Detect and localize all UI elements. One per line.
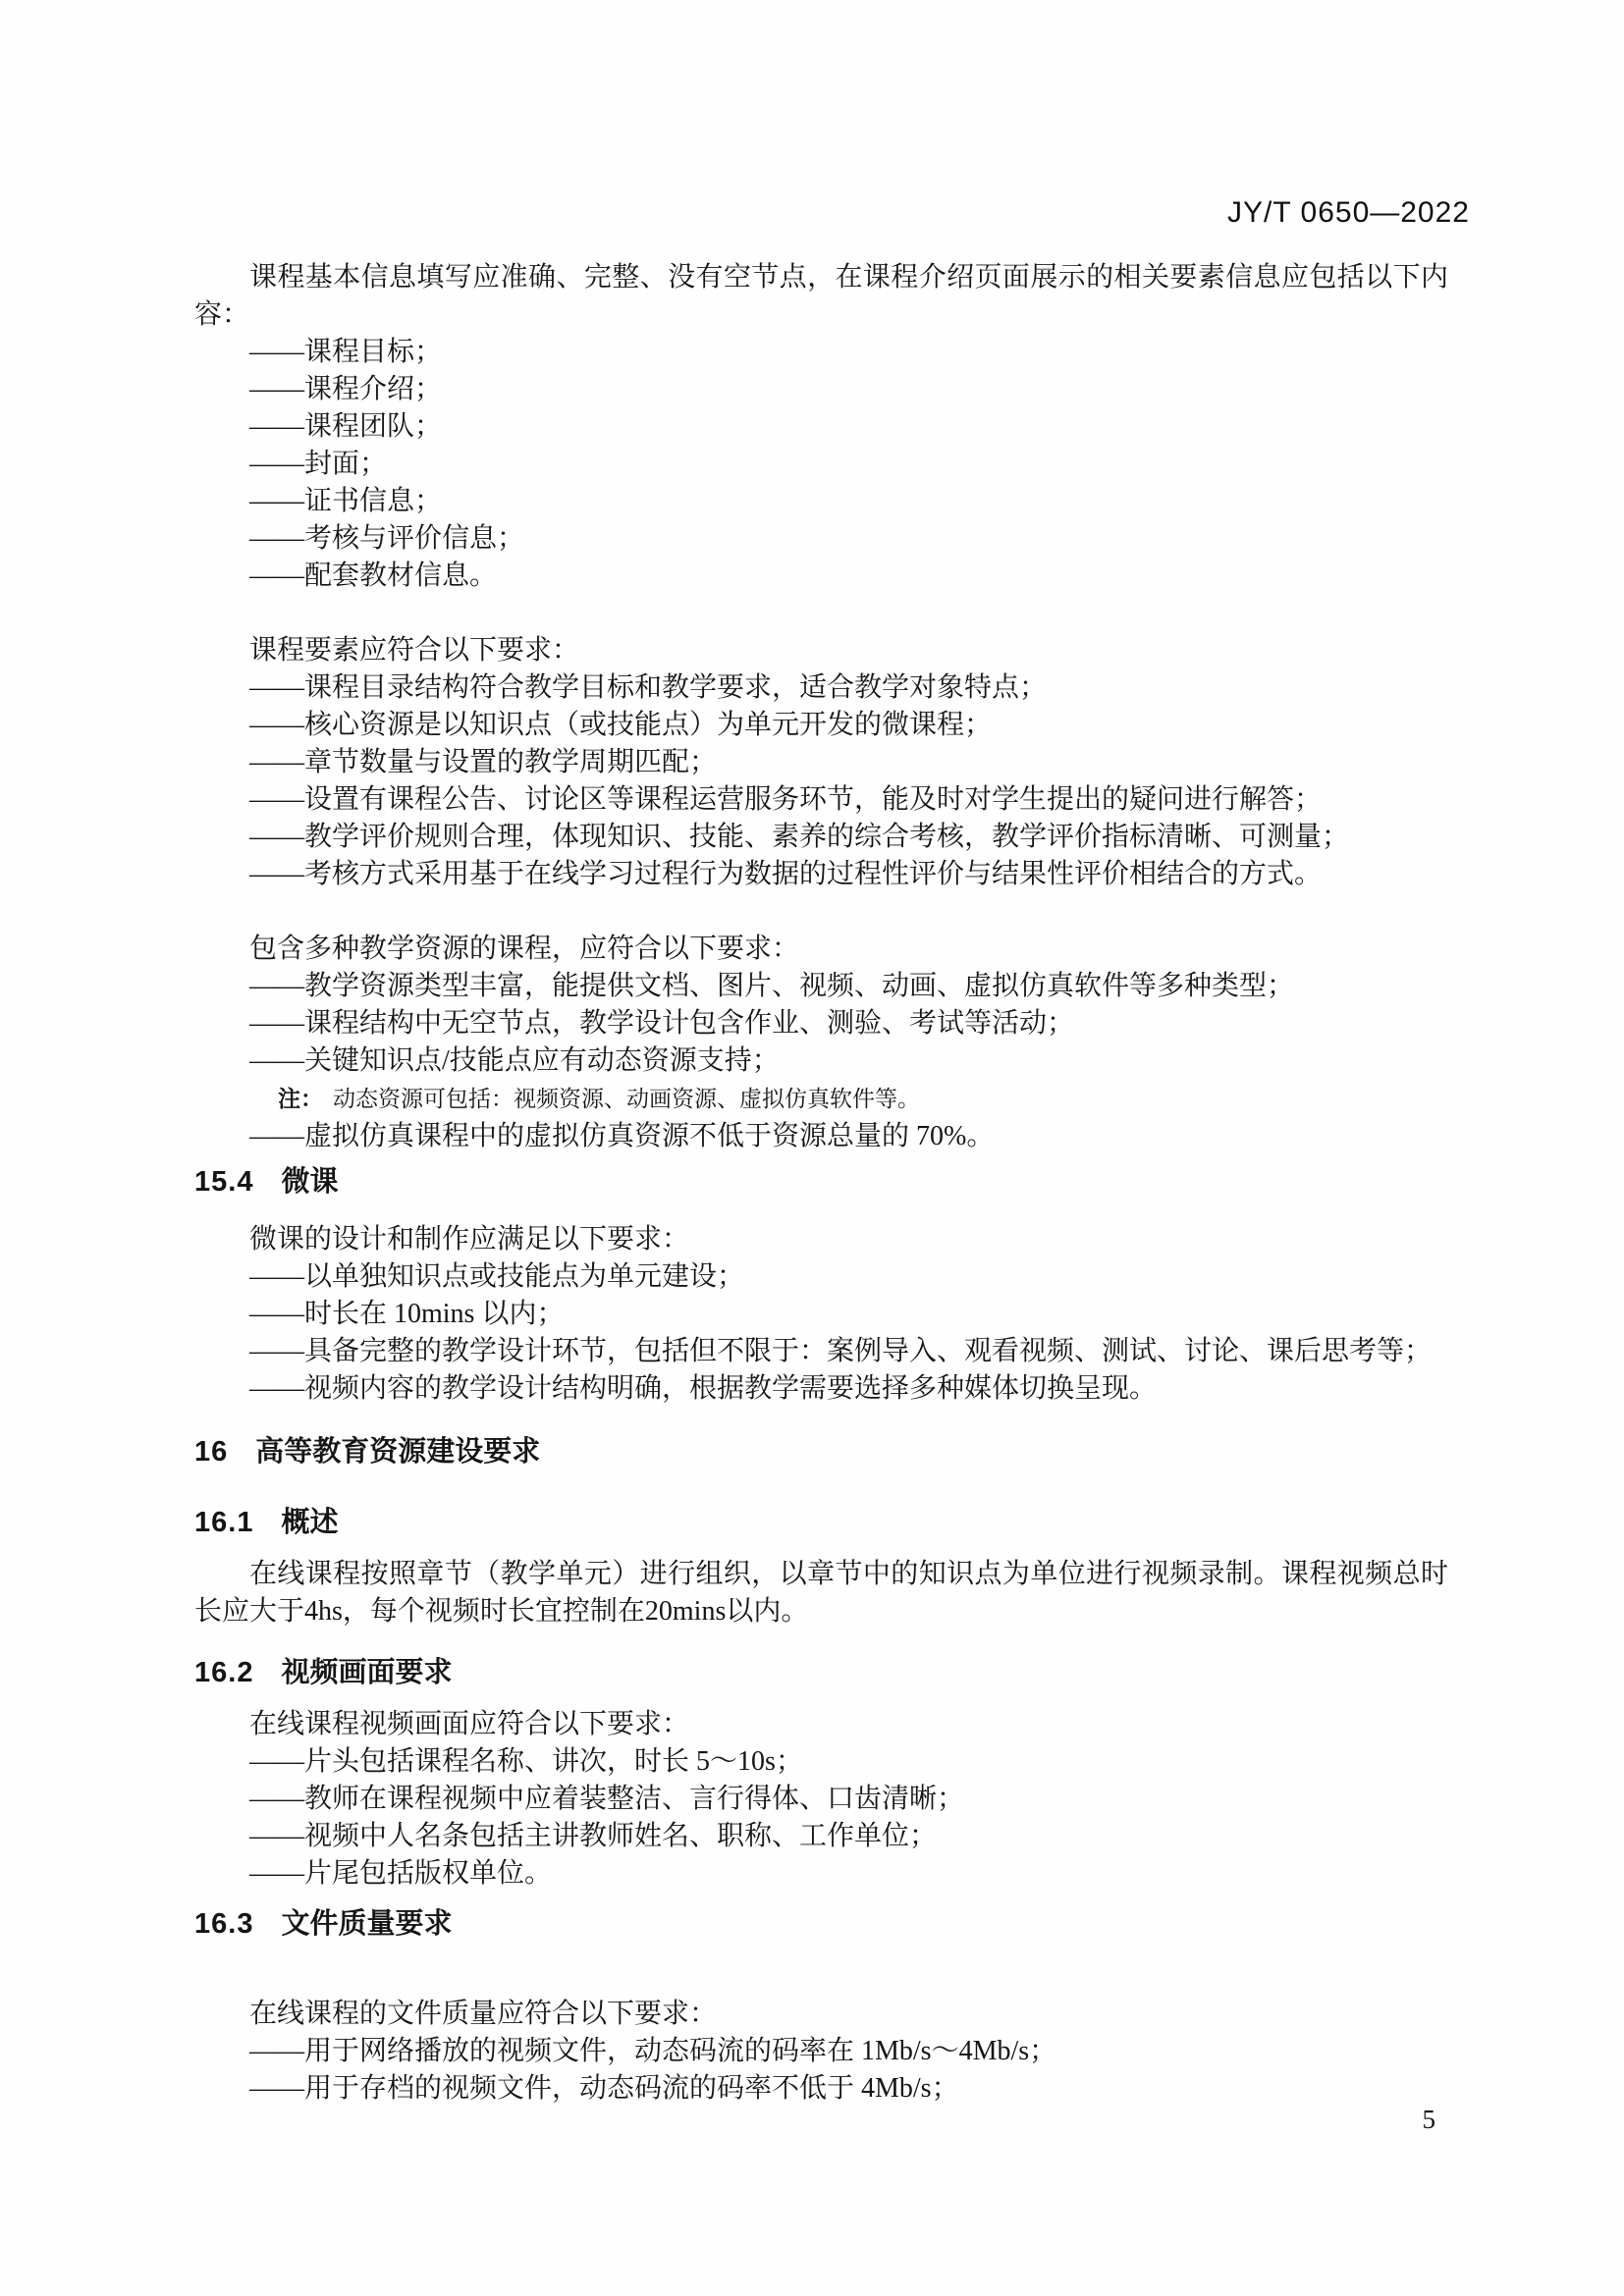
list-item: ——具备完整的教学设计环节，包括但不限于：案例导入、观看视频、测试、讨论、课后思…	[194, 1333, 1448, 1370]
list-item: ——教师在课程视频中应着装整洁、言行得体、口齿清晰；	[194, 1781, 1448, 1818]
list-item: ——设置有课程公告、讨论区等课程运营服务环节，能及时对学生提出的疑问进行解答；	[194, 781, 1448, 819]
section-number: 16.2	[194, 1657, 253, 1688]
section-heading-16-3: 16.3文件质量要求	[194, 1905, 1448, 1943]
document-page: JY/T 0650—2022 课程基本信息填写应准确、完整、没有空节点，在课程介…	[0, 0, 1624, 2296]
paragraph-file-quality: 在线课程的文件质量应符合以下要求：	[194, 1996, 1448, 2033]
list-micro-course: ——以单独知识点或技能点为单元建设； ——时长在 10mins 以内； ——具备…	[194, 1258, 1448, 1408]
section-title: 高等教育资源建设要求	[255, 1436, 540, 1468]
page-number: 5	[1423, 2101, 1436, 2138]
list-item: ——配套教材信息。	[194, 558, 1448, 595]
list-course-info: ——课程目标； ——课程介绍； ——课程团队； ——封面； ——证书信息； ——…	[194, 334, 1448, 595]
list-item: ——课程结构中无空节点，教学设计包含作业、测验、考试等活动；	[194, 1005, 1448, 1042]
list-item: ——课程目录结构符合教学目标和教学要求，适合教学对象特点；	[194, 669, 1448, 707]
list-file-quality: ——用于网络播放的视频文件，动态码流的码率在 1Mb/s～4Mb/s； ——用于…	[194, 2033, 1448, 2108]
list-item: ——用于网络播放的视频文件，动态码流的码率在 1Mb/s～4Mb/s；	[194, 2033, 1448, 2070]
list-item: ——课程介绍；	[194, 371, 1448, 408]
list-item: ——教学评价规则合理，体现知识、技能、素养的综合考核，教学评价指标清晰、可测量；	[194, 819, 1448, 856]
document-content: 课程基本信息填写应准确、完整、没有空节点，在课程介绍页面展示的相关要素信息应包括…	[194, 0, 1448, 2108]
list-item: ——以单独知识点或技能点为单元建设；	[194, 1258, 1448, 1296]
section-heading-15-4: 15.4微课	[194, 1163, 1448, 1201]
list-item: ——教学资源类型丰富，能提供文档、图片、视频、动画、虚拟仿真软件等多种类型；	[194, 968, 1448, 1005]
list-item: ——证书信息；	[194, 483, 1448, 520]
list-item: ——核心资源是以知识点（或技能点）为单元开发的微课程；	[194, 707, 1448, 744]
section-title: 文件质量要求	[281, 1908, 452, 1940]
section-title: 视频画面要求	[281, 1657, 452, 1688]
section-heading-16-2: 16.2视频画面要求	[194, 1654, 1448, 1691]
paragraph-overview: 在线课程按照章节（教学单元）进行组织，以章节中的知识点为单位进行视频录制。课程视…	[194, 1556, 1448, 1630]
list-item: ——课程团队；	[194, 408, 1448, 446]
list-item: ——时长在 10mins 以内；	[194, 1296, 1448, 1333]
paragraph-micro-course: 微课的设计和制作应满足以下要求：	[194, 1221, 1448, 1258]
list-multi-resources: ——教学资源类型丰富，能提供文档、图片、视频、动画、虚拟仿真软件等多种类型； —…	[194, 968, 1448, 1155]
note-label: 注：	[278, 1086, 323, 1111]
list-item: ——考核方式采用基于在线学习过程行为数据的过程性评价与结果性评价相结合的方式。	[194, 856, 1448, 893]
section-number: 16.1	[194, 1507, 253, 1538]
section-title: 概述	[281, 1507, 338, 1538]
list-video-frame: ——片头包括课程名称、讲次，时长 5～10s； ——教师在课程视频中应着装整洁、…	[194, 1743, 1448, 1893]
section-heading-16-1: 16.1概述	[194, 1504, 1448, 1541]
section-number: 16	[194, 1436, 228, 1468]
paragraph-multi-resources: 包含多种教学资源的课程，应符合以下要求：	[194, 931, 1448, 968]
list-course-elements: ——课程目录结构符合教学目标和教学要求，适合教学对象特点； ——核心资源是以知识…	[194, 669, 1448, 893]
list-item: ——封面；	[194, 446, 1448, 483]
note-text: 动态资源可包括：视频资源、动画资源、虚拟仿真软件等。	[333, 1087, 920, 1111]
list-item: ——虚拟仿真课程中的虚拟仿真资源不低于资源总量的 70%。	[194, 1118, 1448, 1155]
list-item: ——考核与评价信息；	[194, 520, 1448, 558]
list-item: ——课程目标；	[194, 334, 1448, 371]
paragraph-video-frame: 在线课程视频画面应符合以下要求：	[194, 1706, 1448, 1743]
paragraph-course-basic-info: 课程基本信息填写应准确、完整、没有空节点，在课程介绍页面展示的相关要素信息应包括…	[194, 259, 1448, 334]
section-number: 16.3	[194, 1908, 253, 1940]
list-item: ——片尾包括版权单位。	[194, 1855, 1448, 1893]
section-number: 15.4	[194, 1166, 253, 1198]
list-item: ——用于存档的视频文件，动态码流的码率不低于 4Mb/s；	[194, 2070, 1448, 2108]
list-item: ——章节数量与设置的教学周期匹配；	[194, 744, 1448, 781]
paragraph-course-elements: 课程要素应符合以下要求：	[194, 632, 1448, 669]
note-line: 注：动态资源可包括：视频资源、动画资源、虚拟仿真软件等。	[194, 1080, 1448, 1118]
list-item: ——视频中人名条包括主讲教师姓名、职称、工作单位；	[194, 1818, 1448, 1855]
list-item: ——关键知识点/技能点应有动态资源支持；	[194, 1042, 1448, 1080]
list-item: ——片头包括课程名称、讲次，时长 5～10s；	[194, 1743, 1448, 1781]
list-item: ——视频内容的教学设计结构明确，根据教学需要选择多种媒体切换呈现。	[194, 1370, 1448, 1408]
section-title: 微课	[281, 1166, 338, 1198]
section-heading-16: 16高等教育资源建设要求	[194, 1433, 1448, 1470]
